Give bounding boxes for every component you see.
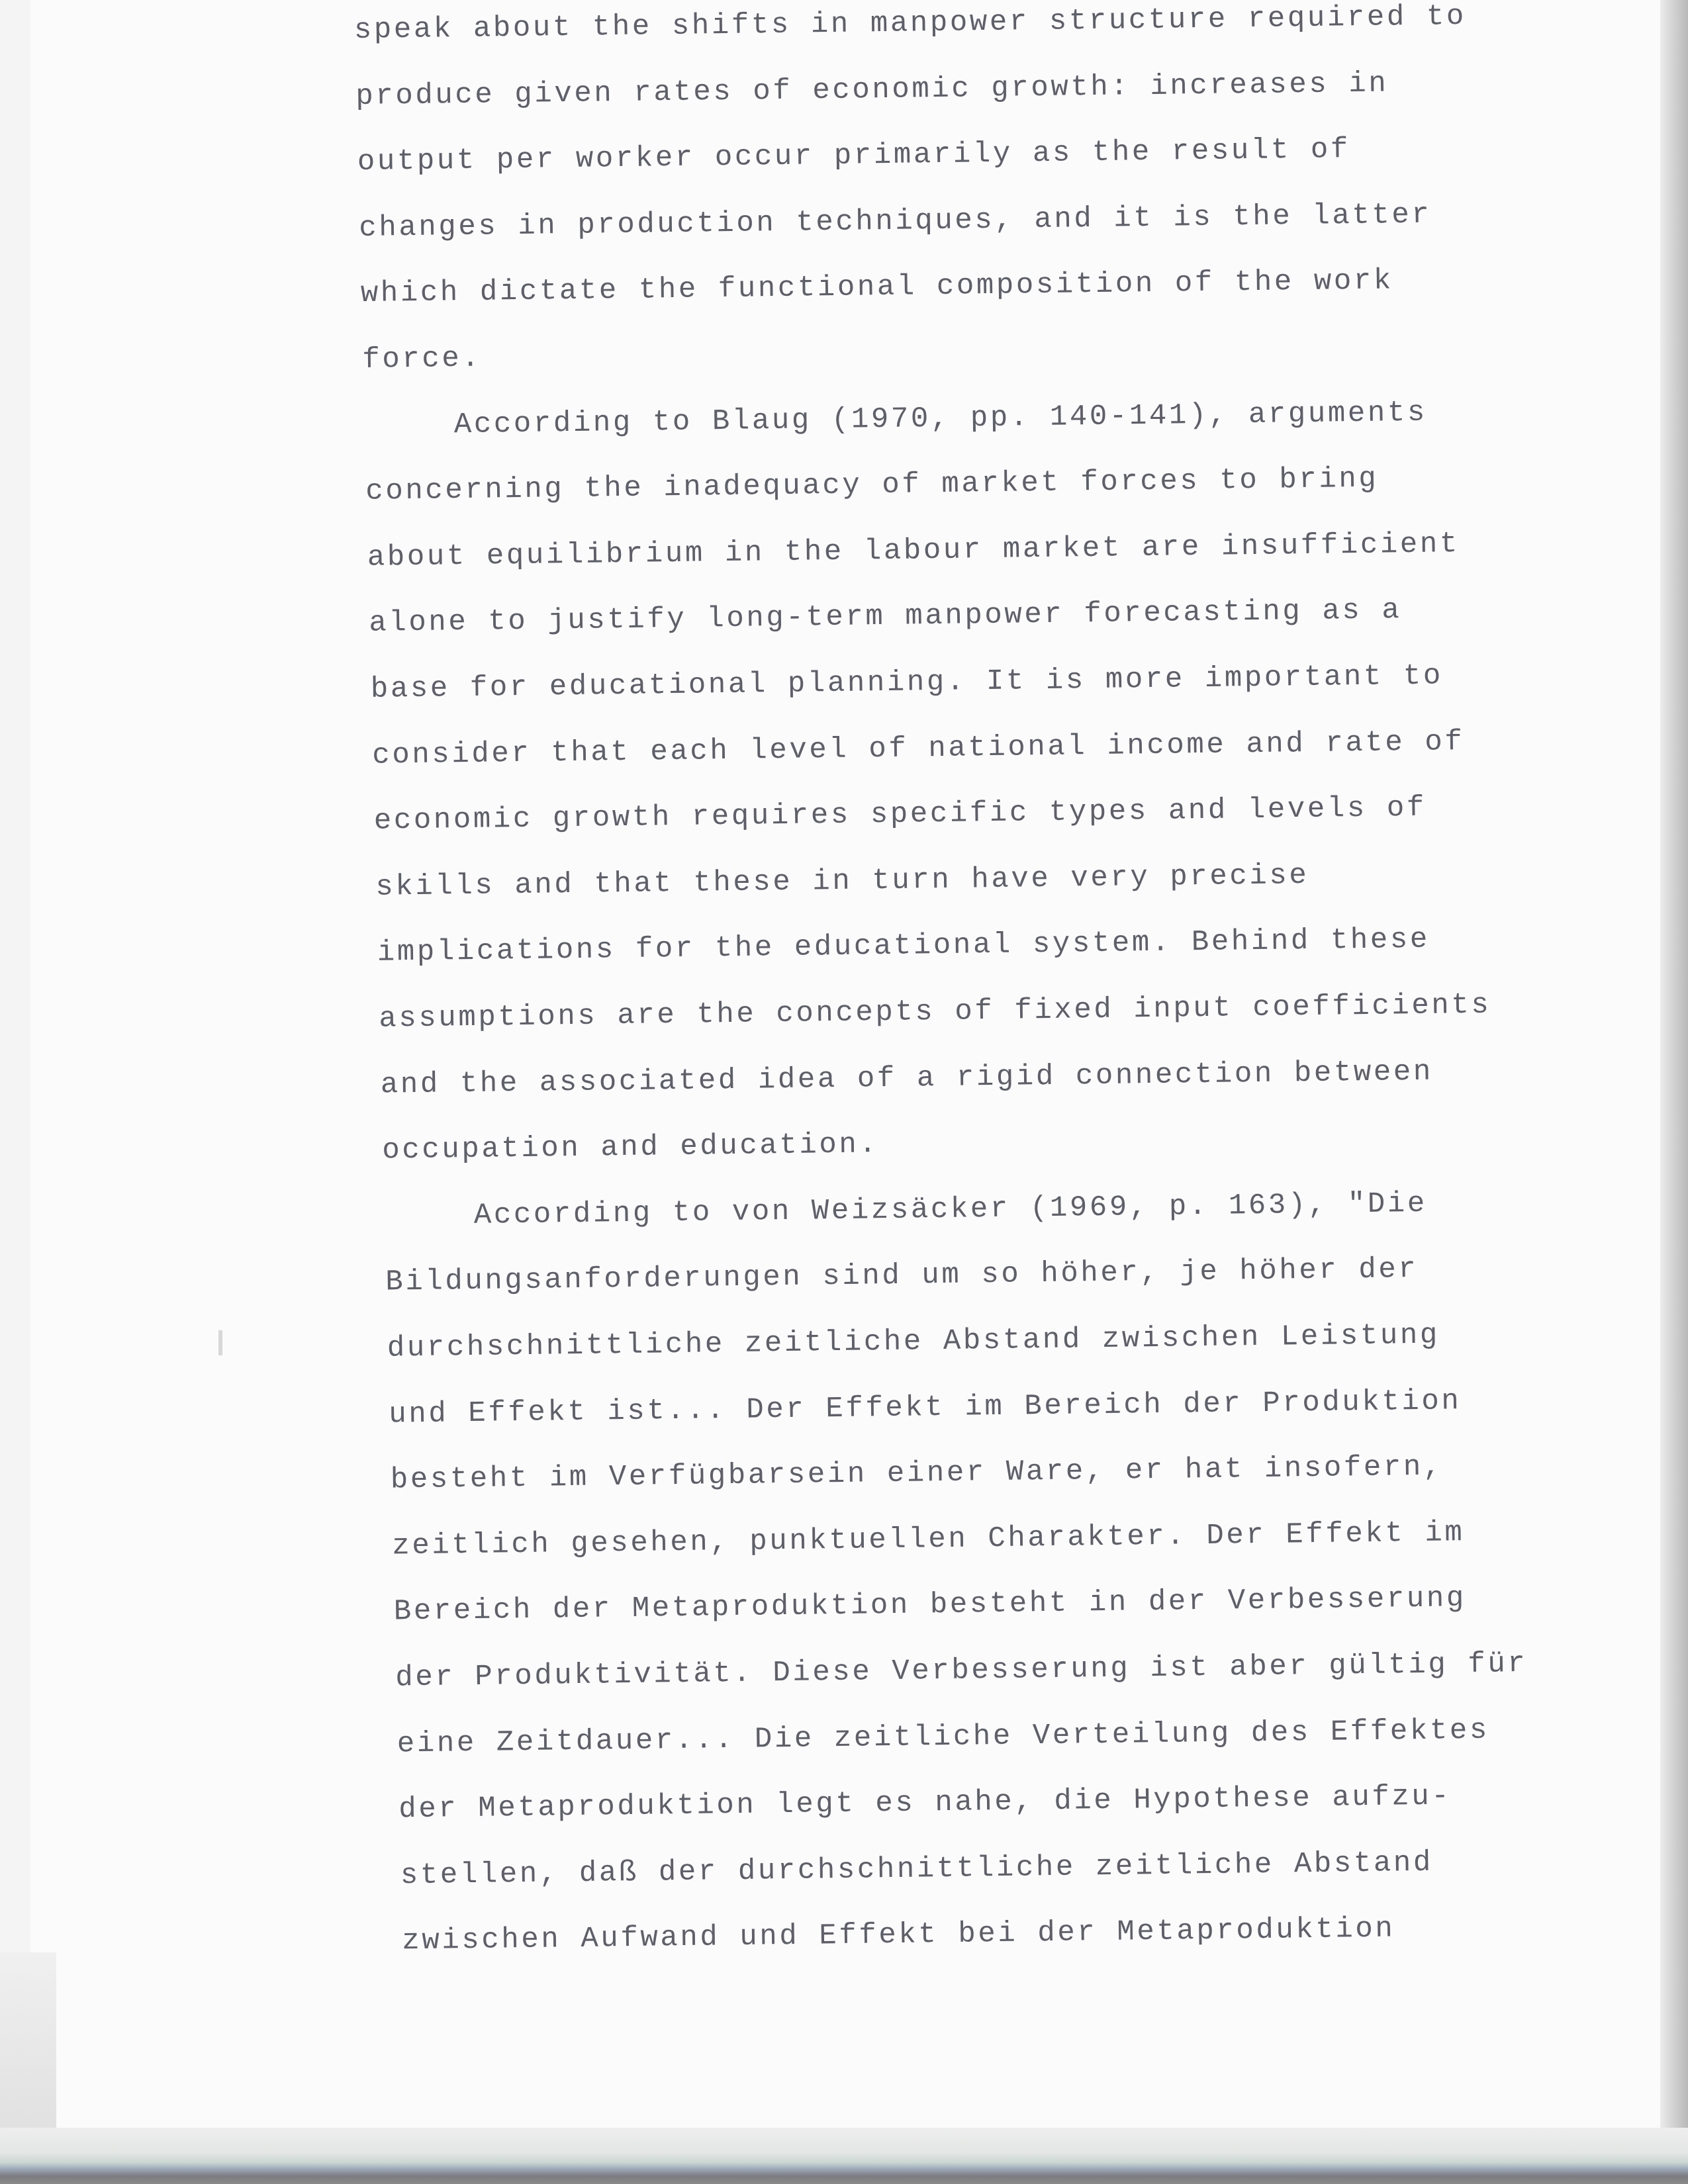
text-line: besteht im Verfügbarsein einer Ware, er … bbox=[391, 1453, 1444, 1495]
text-line: zeitlich gesehen, punktuellen Charakter.… bbox=[392, 1518, 1465, 1561]
text-line: implications for the educational system.… bbox=[377, 925, 1430, 968]
text-line: assumptions are the concepts of fixed in… bbox=[379, 991, 1491, 1034]
text-line: changes in production techniques, and it… bbox=[359, 200, 1432, 242]
text-line: output per worker occur primarily as the… bbox=[357, 135, 1351, 177]
text-line: consider that each level of national inc… bbox=[372, 727, 1465, 770]
text-line: skills and that these in turn have very … bbox=[375, 861, 1309, 902]
text-line: stellen, daß der durchschnittliche zeitl… bbox=[400, 1848, 1434, 1891]
text-line: According to Blaug (1970, pp. 140-141), … bbox=[454, 398, 1428, 439]
text-line: der Metaproduktion legt es nahe, die Hyp… bbox=[399, 1782, 1452, 1825]
text-line: durchschnittliche zeitliche Abstand zwis… bbox=[387, 1321, 1440, 1363]
text-line: der Produktivität. Diese Verbesserung is… bbox=[395, 1649, 1528, 1692]
text-line: about equilibrium in the labour market a… bbox=[367, 529, 1460, 572]
text-line: speak about the shifts in manpower struc… bbox=[354, 2, 1467, 45]
text-line: occupation and education. bbox=[382, 1130, 879, 1165]
paragraph: speak about the shifts in manpower struc… bbox=[0, 0, 1687, 5]
text-line: und Effekt ist... Der Effekt im Bereich … bbox=[389, 1387, 1462, 1429]
document-body: speak about the shifts in manpower struc… bbox=[0, 0, 1688, 2184]
text-line: force. bbox=[362, 344, 482, 375]
text-line: zwischen Aufwand und Effekt bei der Meta… bbox=[402, 1915, 1395, 1956]
text-line: Bereich der Metaproduktion besteht in de… bbox=[394, 1584, 1467, 1626]
text-line: According to von Weizsäcker (1969, p. 16… bbox=[474, 1189, 1428, 1230]
text-line: which dictate the functional composition… bbox=[361, 267, 1394, 309]
text-line: alone to justify long-term manpower fore… bbox=[369, 596, 1402, 639]
text-line: base for educational planning. It is mor… bbox=[371, 661, 1444, 704]
text-line: eine Zeitdauer... Die zeitliche Verteilu… bbox=[397, 1715, 1490, 1758]
text-line: produce given rates of economic growth: … bbox=[355, 69, 1389, 111]
text-line: and the associated idea of a rigid conne… bbox=[381, 1057, 1434, 1099]
text-line: Bildungsanforderungen sind um so höher, … bbox=[385, 1255, 1419, 1297]
text-line: economic growth requires specific types … bbox=[374, 794, 1427, 836]
text-line: concerning the inadequacy of market forc… bbox=[365, 465, 1379, 506]
